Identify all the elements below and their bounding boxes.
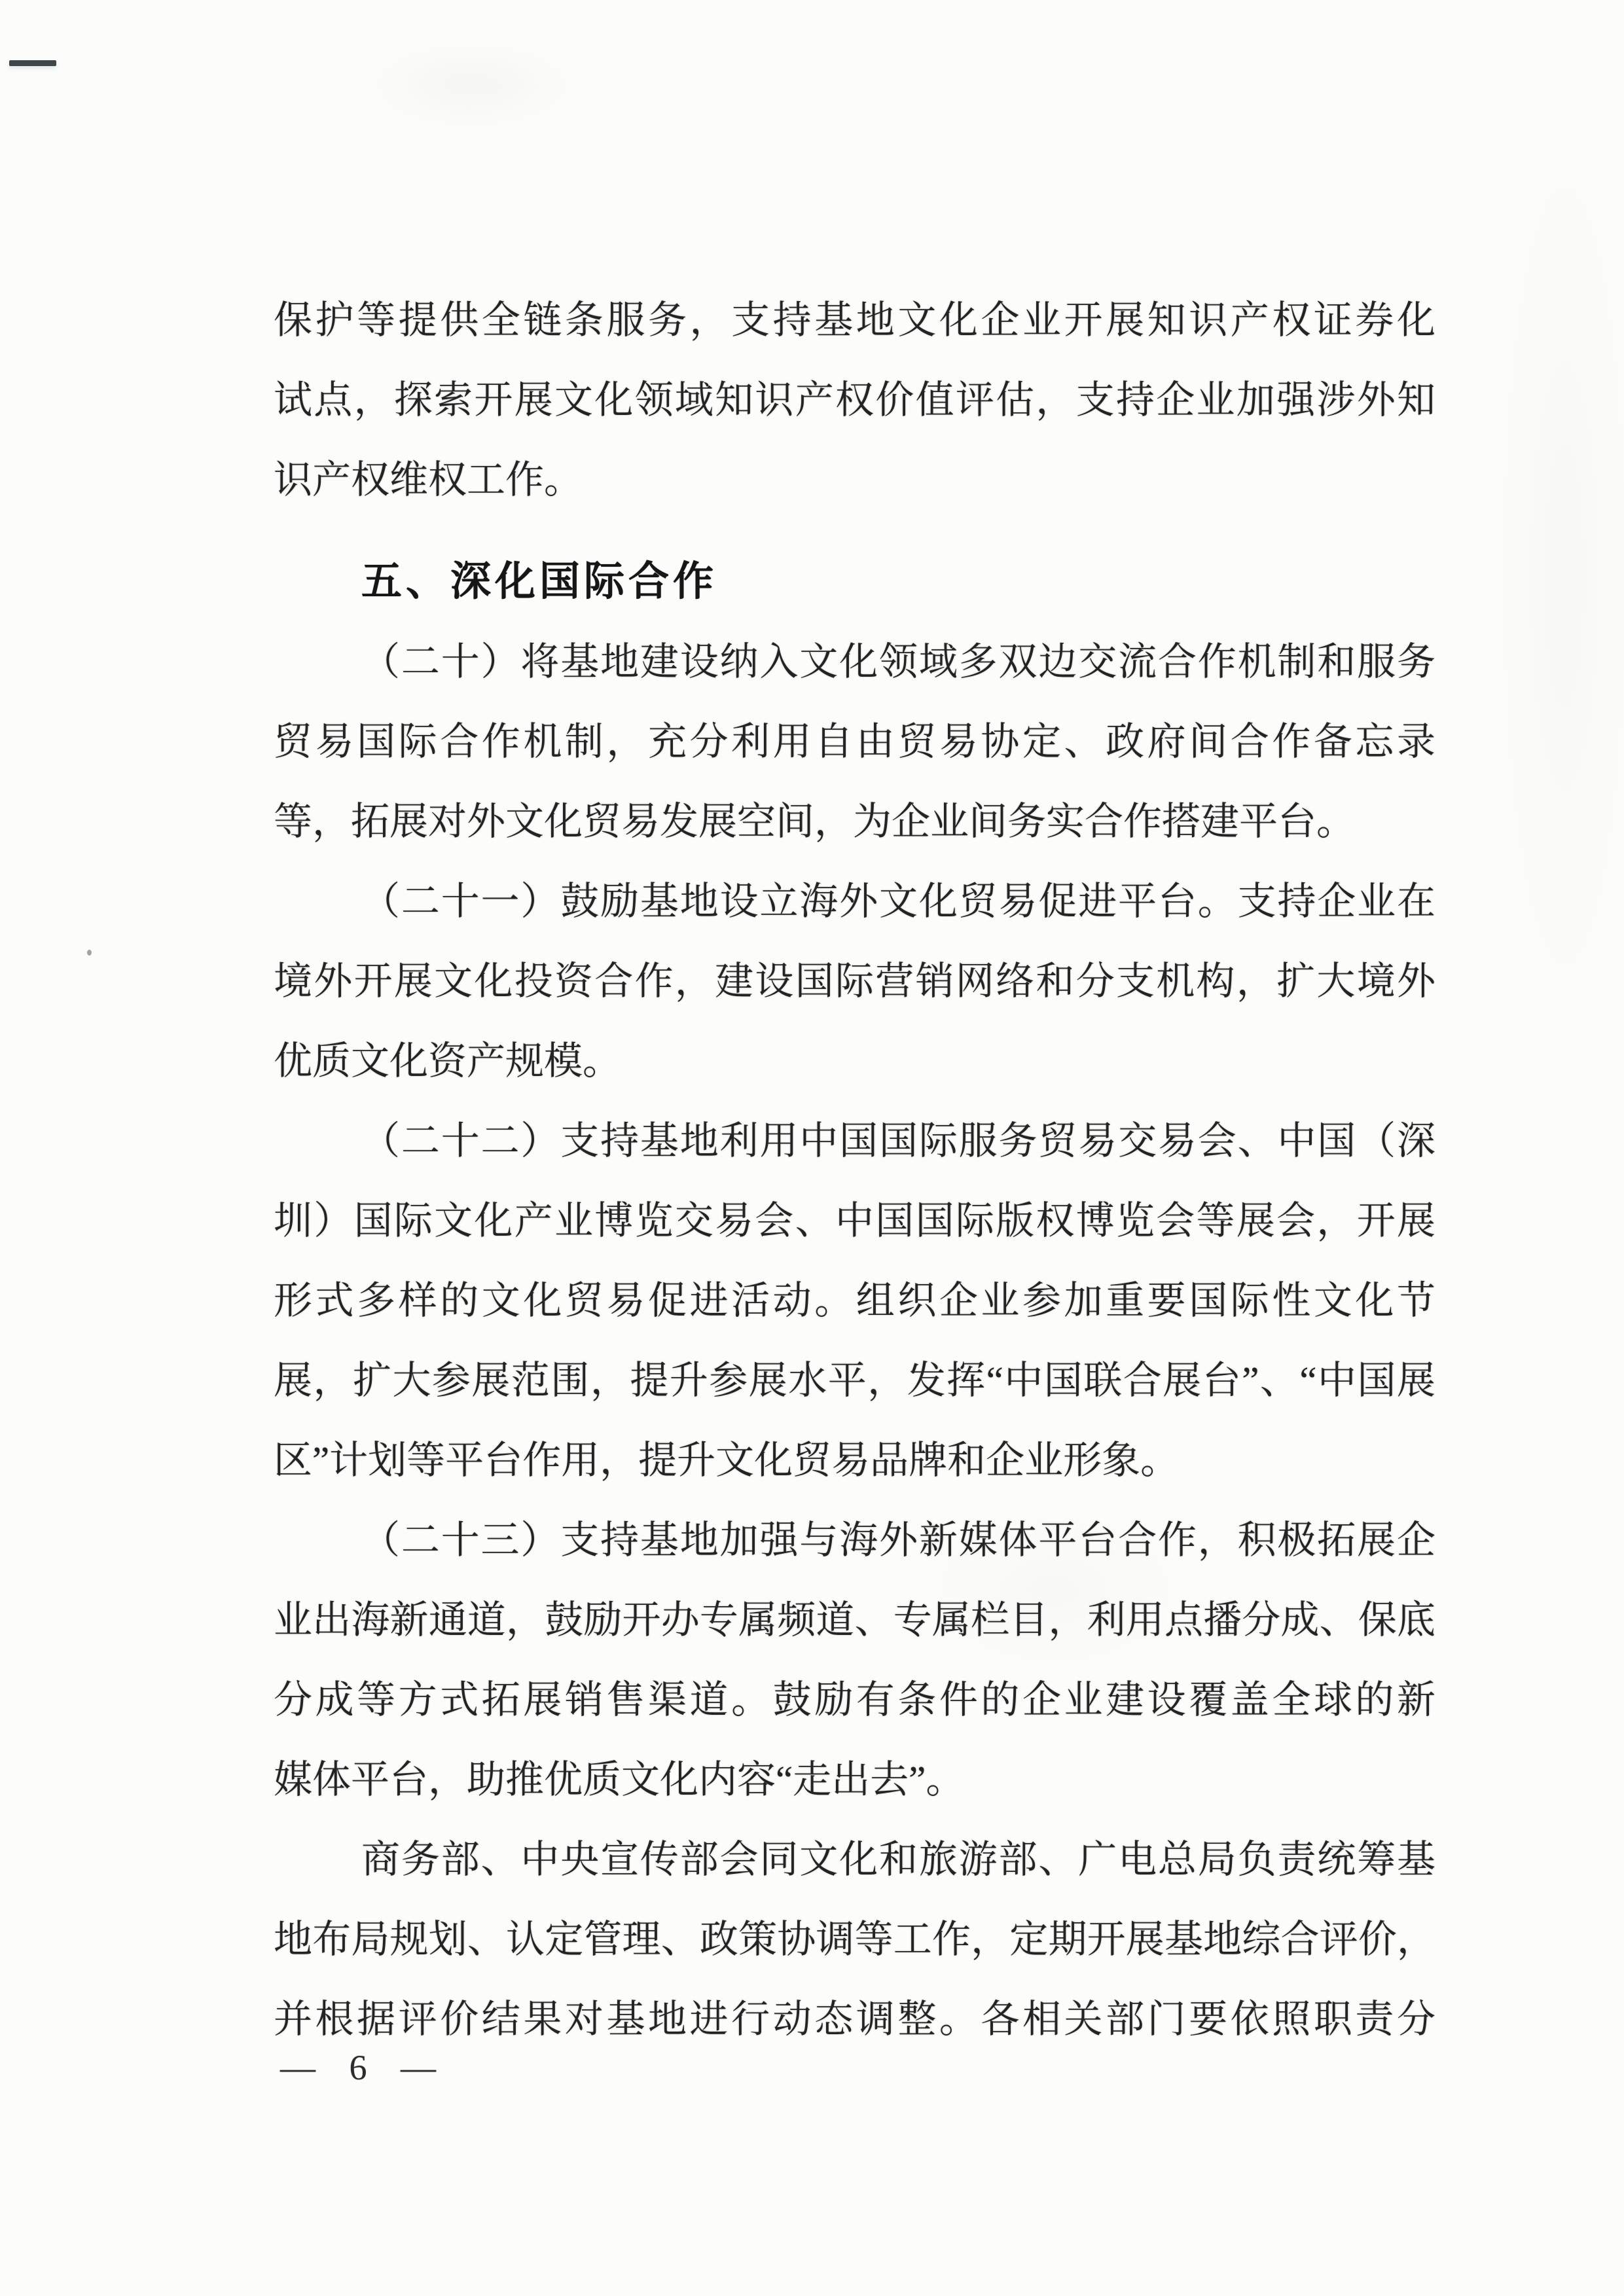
scan-speck <box>87 950 92 956</box>
text-line: 识产权维权工作。 <box>274 440 1435 520</box>
text-line: 等，拓展对外文化贸易发展空间，为企业间务实合作搭建平台。 <box>274 781 1435 861</box>
text-line: 优质文化资产规模。 <box>274 1021 1435 1101</box>
document-body: 保护等提供全链条服务，支持基地文化企业开展知识产权证券化 试点，探索开展文化领域… <box>274 280 1435 2059</box>
text-line: 商务部、中央宣传部会同文化和旅游部、广电总局负责统筹基 <box>274 1820 1435 1899</box>
page-number: — 6 — <box>280 2045 437 2090</box>
text-line: 地布局规划、认定管理、政策协调等工作，定期开展基地综合评价， <box>274 1899 1435 1979</box>
scan-corner-mark <box>9 60 56 66</box>
scanned-document-page: 保护等提供全链条服务，支持基地文化企业开展知识产权证券化 试点，探索开展文化领域… <box>0 0 1624 2296</box>
text-line: 业出海新通道，鼓励开办专属频道、专属栏目，利用点播分成、保底 <box>274 1580 1435 1660</box>
section-heading: 五、深化国际合作 <box>274 542 1435 622</box>
text-line: （二十一）鼓励基地设立海外文化贸易促进平台。支持企业在 <box>274 861 1435 941</box>
text-line: 区”计划等平台作用，提升文化贸易品牌和企业形象。 <box>274 1420 1435 1500</box>
text-line: （二十）将基地建设纳入文化领域多双边交流合作机制和服务 <box>274 622 1435 702</box>
text-line: （二十三）支持基地加强与海外新媒体平台合作，积极拓展企 <box>274 1500 1435 1580</box>
text-line: 圳）国际文化产业博览交易会、中国国际版权博览会等展会，开展 <box>274 1181 1435 1261</box>
scan-smudge <box>1492 118 1624 1034</box>
text-line: 媒体平台，助推优质文化内容“走出去”。 <box>274 1740 1435 1820</box>
text-line: 境外开展文化投资合作，建设国际营销网络和分支机构，扩大境外 <box>274 941 1435 1021</box>
text-line: 贸易国际合作机制，充分利用自由贸易协定、政府间合作备忘录 <box>274 702 1435 781</box>
text-line: 保护等提供全链条服务，支持基地文化企业开展知识产权证券化 <box>274 280 1435 360</box>
text-line: 展，扩大参展范围，提升参展水平，发挥“中国联合展台”、“中国展 <box>274 1340 1435 1420</box>
text-line: 分成等方式拓展销售渠道。鼓励有条件的企业建设覆盖全球的新 <box>274 1660 1435 1740</box>
text-line: 并根据评价结果对基地进行动态调整。各相关部门要依照职责分 <box>274 1979 1435 2059</box>
text-line: （二十二）支持基地利用中国国际服务贸易交易会、中国（深 <box>274 1101 1435 1181</box>
text-line: 形式多样的文化贸易促进活动。组织企业参加重要国际性文化节 <box>274 1261 1435 1340</box>
text-line: 试点，探索开展文化领域知识产权价值评估，支持企业加强涉外知 <box>274 360 1435 440</box>
scan-smudge <box>367 39 576 131</box>
